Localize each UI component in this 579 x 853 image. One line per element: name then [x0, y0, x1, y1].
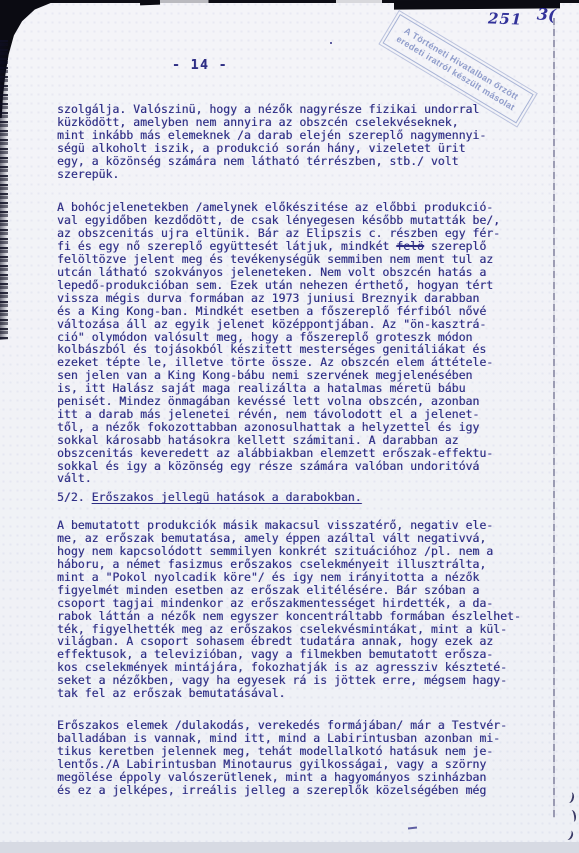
text-line: balladában is vannak, mind itt, mind a L… — [57, 732, 557, 745]
stamp-text-line1: A Történeti Hivatalban őrzött — [400, 24, 523, 104]
ink-mark — [565, 791, 575, 804]
section-heading: 5/2. Erőszakos jellegü hatások a darabok… — [57, 491, 557, 504]
typewritten-text: szolgálja. Valószinü, hogy a nézők nagyr… — [57, 103, 557, 796]
handwritten-number-left: 251 — [488, 9, 523, 28]
paragraph: szolgálja. Valószinü, hogy a nézők nagyr… — [57, 103, 557, 180]
scan-edge-bottom — [0, 842, 579, 853]
handwritten-number-right: 3( — [536, 4, 556, 24]
text-line: küzködött, amelyben nem annyira az obszc… — [57, 116, 557, 129]
text-line: Erőszakos elemek /dulakodás, verekedés f… — [57, 719, 557, 732]
ink-mark — [568, 809, 577, 822]
text-line: és ez a jelképes, irreális jelleg a szer… — [57, 784, 557, 797]
text-line: sokkal károsabb hatásokra kellett számit… — [57, 434, 557, 447]
scan-corner-blob — [0, 0, 58, 118]
text-line: obszcenitás keveredett az alábbiakban el… — [57, 447, 557, 460]
paragraph: A bemutatott produkciók másik makacsul v… — [57, 519, 557, 700]
text-line: vált. — [57, 472, 557, 485]
text-line: itt a darab más jelenetei révén, nem táv… — [57, 408, 557, 421]
text-line: megölése éppoly valószerütlenek, mint a … — [57, 771, 557, 784]
text-line: csoport tagjai mindenkor az erőszakmente… — [57, 597, 557, 610]
text-line: változása áll az egyik jelenet középpont… — [57, 318, 557, 331]
text-line: lentős./A Labirintusban Minotaurus gyilk… — [57, 758, 557, 771]
text-line: szolgálja. Valószinü, hogy a nézők nagyr… — [57, 103, 557, 116]
text-line: egy, a közönség számára nem látható térr… — [57, 155, 557, 168]
text-line: rabok láttán a nézők nem egyszer koncent… — [57, 610, 557, 623]
section-title: Erőszakos jellegü hatások a darabokban. — [92, 490, 362, 504]
text-line: mint inkább más elemeknek /a darab elejé… — [57, 129, 557, 142]
page-number: - 14 - — [172, 58, 228, 73]
ink-dot — [330, 42, 332, 44]
ink-mark — [563, 829, 574, 841]
struck-word: felö — [396, 239, 424, 253]
paragraph: Erőszakos elemek /dulakodás, verekedés f… — [57, 719, 557, 796]
scan-edge-left-noise — [0, 40, 8, 340]
scan-corner-noise — [563, 790, 579, 850]
paragraph: A bohócjelenetekben /amelynek előkészité… — [57, 201, 557, 485]
text-line: szerepük. — [57, 168, 557, 181]
text-line: és a King Kong-ban. Mindkét esetben a fő… — [57, 305, 557, 318]
text-line: penisét. Mindez önmagában kevéssé lett v… — [57, 395, 557, 408]
scan-edge-top-right — [394, 0, 560, 10]
text-line: tikus keretben jelennek meg, tehát model… — [57, 745, 557, 758]
section-number: 5/2. — [57, 490, 92, 504]
text-line: ségü alkoholt iszik, a produkció során h… — [57, 142, 557, 155]
text-line: től, a nézők fokozottabban azonosulhatta… — [57, 421, 557, 434]
text-line: figyelmét minden esetben az erőszak elit… — [57, 584, 557, 597]
text-line: utcán látható szokványos jeleneteken. Ne… — [57, 266, 557, 279]
text-line: vissza mégis durva formában az 1973 juni… — [57, 292, 557, 305]
text-line: lepedő-produkcióban sem. Ezek után nehez… — [57, 279, 557, 292]
text-line: mint a "Pokol nyolcadik köre"/ és igy ne… — [57, 571, 557, 584]
ink-smudge — [408, 827, 417, 830]
text-line: háboru, a német fasizmus erőszakos csele… — [57, 558, 557, 571]
scan-edge-dash — [140, 0, 160, 5]
text-line: tak fel az erőszak bemutatásával. — [57, 687, 557, 700]
text-line: sokkal és igy a közönség egy része számá… — [57, 460, 557, 473]
